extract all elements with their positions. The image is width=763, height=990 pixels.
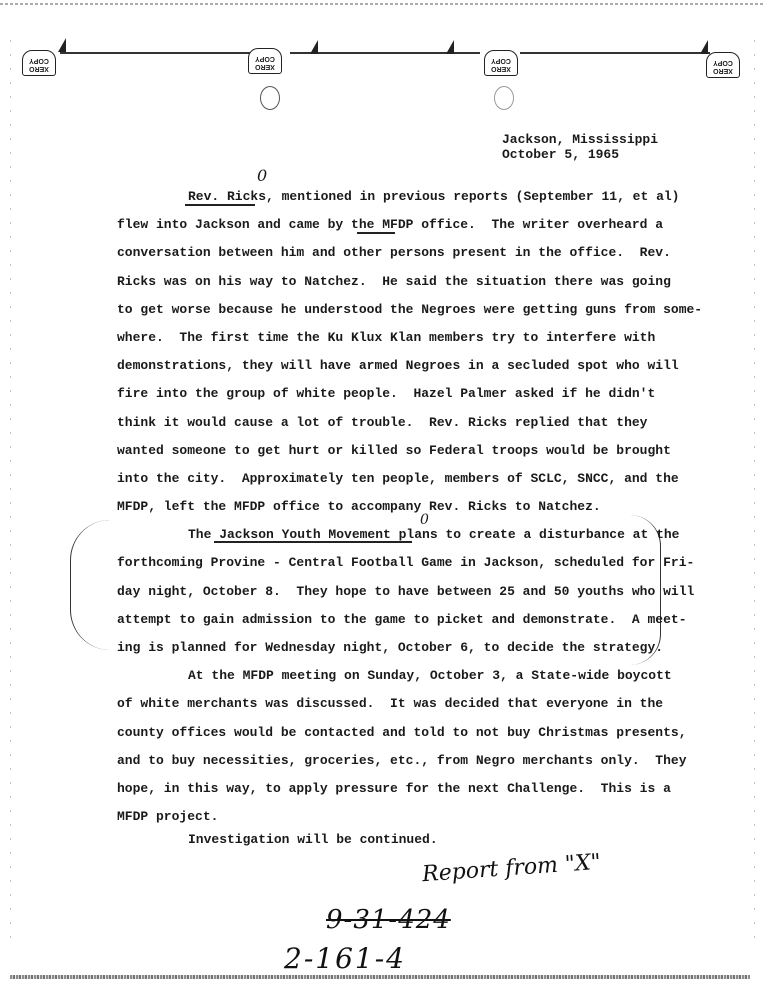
xero-copy-stamp: XERO COPY <box>22 50 56 76</box>
closing-line: Investigation will be continued. <box>188 832 438 847</box>
handwritten-underline <box>214 541 412 543</box>
text-line: MFDP, left the MFDP office to accompany … <box>117 493 647 521</box>
text-line: think it would cause a lot of trouble. R… <box>117 409 647 437</box>
scan-margin-left <box>10 40 11 940</box>
stamp-flag-icon <box>446 40 454 54</box>
text-line: and to buy necessities, groceries, etc.,… <box>117 747 647 775</box>
text-line: The Jackson Youth Movement plans to crea… <box>117 521 647 549</box>
text-line: forthcoming Provine - Central Football G… <box>117 549 647 577</box>
text-line: hope, in this way, to apply pressure for… <box>117 775 647 803</box>
stamp-flag-icon <box>700 40 708 54</box>
text-line: into the city. Approximately ten people,… <box>117 465 647 493</box>
text-line: flew into Jackson and came by the MFDP o… <box>117 211 647 239</box>
text-line: county offices would be contacted and to… <box>117 719 647 747</box>
handwritten-file-number-struck: 9-31-424 <box>326 905 451 935</box>
text-line: where. The first time the Ku Klux Klan m… <box>117 324 647 352</box>
text-line: to get worse because he understood the N… <box>117 296 647 324</box>
punch-hole-icon <box>494 86 514 110</box>
punch-hole-icon <box>260 86 280 110</box>
text-line: of white merchants was discussed. It was… <box>117 690 647 718</box>
scan-margin-right <box>754 40 755 940</box>
paragraph-3: At the MFDP meeting on Sunday, October 3… <box>117 662 647 831</box>
location: Jackson, Mississippi <box>502 132 658 147</box>
report-body: Rev. Ricks, mentioned in previous report… <box>117 183 647 831</box>
xero-copy-stamp: XERO COPY <box>248 48 282 74</box>
text-line: demonstrations, they will have armed Neg… <box>117 352 647 380</box>
text-line: fire into the group of white people. Haz… <box>117 380 647 408</box>
report-date: October 5, 1965 <box>502 147 658 162</box>
paragraph-1: Rev. Ricks, mentioned in previous report… <box>117 183 647 521</box>
text-line: attempt to gain admission to the game to… <box>117 606 647 634</box>
text-line: At the MFDP meeting on Sunday, October 3… <box>117 662 647 690</box>
scan-bottom-edge <box>10 975 750 979</box>
stamp-flag-icon <box>310 40 318 54</box>
text-line: wanted someone to get hurt or killed so … <box>117 437 647 465</box>
text-line: MFDP project. <box>117 803 647 831</box>
handwritten-bracket-left <box>70 520 111 650</box>
text-line: Rev. Ricks, mentioned in previous report… <box>117 183 647 211</box>
text-line: Ricks was on his way to Natchez. He said… <box>117 268 647 296</box>
text-line: conversation between him and other perso… <box>117 239 647 267</box>
header-rule <box>60 52 250 54</box>
header-rule <box>520 52 710 54</box>
handwritten-underline <box>185 204 255 206</box>
xero-copy-stamp: XERO COPY <box>484 50 518 76</box>
text-line: ing is planned for Wednesday night, Octo… <box>117 634 647 662</box>
handwritten-underline <box>357 232 395 234</box>
stamp-flag-icon <box>58 38 66 52</box>
handwritten-source-note: Report from "X" <box>421 850 601 887</box>
dateline: Jackson, Mississippi October 5, 1965 <box>502 132 658 162</box>
xero-copy-stamp: XERO COPY <box>706 52 740 78</box>
handwritten-file-number: 2-161-4 <box>284 942 406 975</box>
scan-top-edge <box>0 3 763 5</box>
text-line: day night, October 8. They hope to have … <box>117 578 647 606</box>
